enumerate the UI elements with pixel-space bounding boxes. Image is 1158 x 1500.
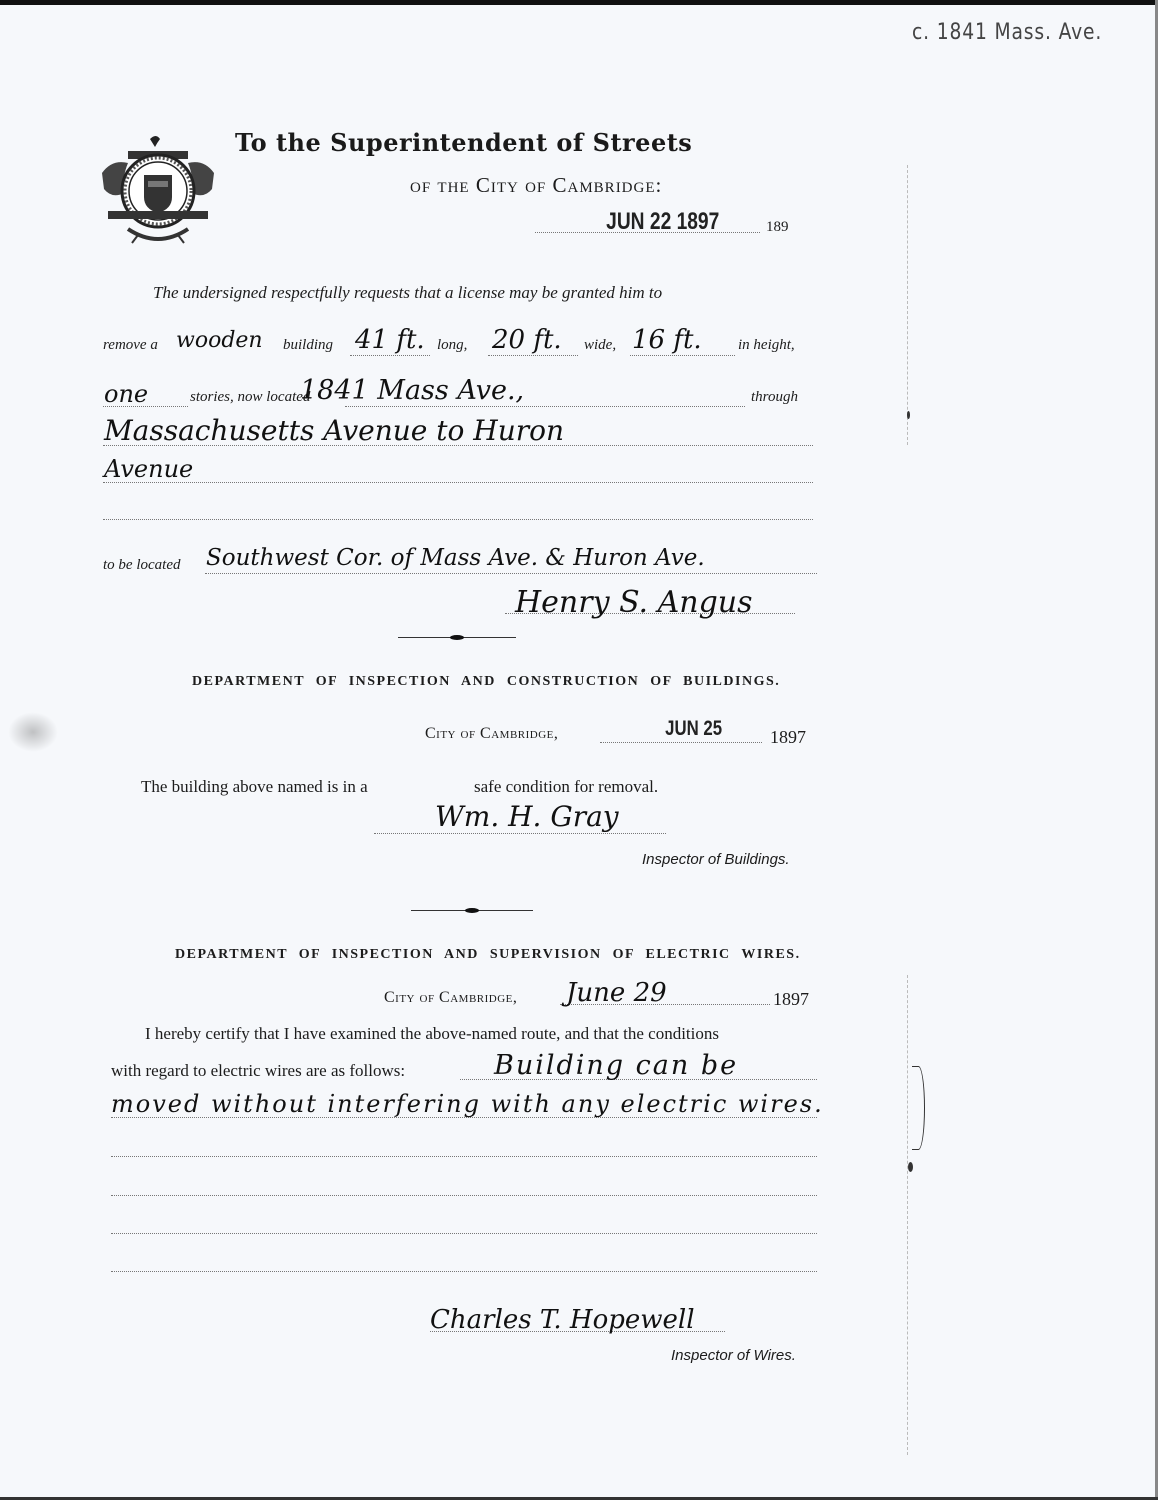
label-stories: stories, now located (190, 389, 310, 406)
ornamental-divider-1 (398, 637, 516, 638)
fold-mark-upper (907, 165, 908, 445)
year-prefix: 189 (766, 219, 789, 236)
wires-date: June 29 (566, 978, 667, 1008)
blank-line-4 (111, 1271, 817, 1272)
buildings-year: 1897 (770, 727, 806, 748)
stories-value: one (104, 380, 148, 408)
wires-inspector-signature: Charles T. Hopewell (430, 1305, 695, 1335)
new-location-value: Southwest Cor. of Mass Ave. & Huron Ave. (206, 545, 705, 571)
material-value: wooden (176, 328, 263, 353)
received-date-stamp: JUN 22 1897 (592, 208, 733, 236)
label-in-height: in height, (738, 337, 795, 354)
form-subtitle: of the City of Cambridge: (410, 173, 662, 198)
wires-city-label: City of Cambridge, (384, 989, 517, 1007)
wires-year: 1897 (773, 989, 809, 1010)
blank-line-3 (111, 1233, 817, 1234)
form-title: To the Superintendent of Streets (235, 128, 692, 157)
length-line (350, 355, 430, 356)
ornamental-divider-2 (411, 910, 533, 911)
label-building: building (283, 337, 333, 354)
label-long: long, (437, 337, 467, 354)
width-value: 20 ft. (492, 325, 562, 355)
buildings-inspector-signature-line (374, 833, 666, 834)
buildings-statement-left: The building above named is in a (141, 777, 368, 797)
blank-line-2 (111, 1195, 817, 1196)
scan-speck (908, 1162, 913, 1172)
wires-dept-heading: DEPARTMENT OF INSPECTION AND SUPERVISION… (175, 947, 801, 963)
margin-bracket-mark (912, 1066, 925, 1150)
length-value: 41 ft. (355, 325, 425, 355)
route-value-1: Massachusetts Avenue to Huron (104, 414, 564, 447)
route-line-2 (103, 482, 813, 483)
conditions-value-1: Building can be (494, 1050, 738, 1081)
buildings-date-stamp: JUN 25 (658, 716, 729, 741)
wires-inspector-title: Inspector of Wires. (671, 1347, 796, 1364)
new-location-line (205, 573, 817, 574)
buildings-city-label: City of Cambridge, (425, 725, 558, 743)
fold-mark-lower (907, 975, 908, 1455)
height-value: 16 ft. (632, 325, 702, 355)
scan-top-edge (0, 0, 1158, 5)
city-seal-icon (98, 133, 218, 248)
scan-smudge (8, 712, 58, 752)
buildings-dept-heading: DEPARTMENT OF INSPECTION AND CONSTRUCTIO… (192, 674, 780, 690)
label-remove: remove a (103, 337, 158, 354)
route-value-2: Avenue (104, 455, 193, 483)
height-line (630, 355, 735, 356)
label-through: through (751, 389, 798, 406)
wires-certify-text: I hereby certify that I have examined th… (145, 1024, 719, 1044)
buildings-date-line (600, 742, 762, 743)
blank-line-1 (111, 1156, 817, 1157)
label-wide: wide, (584, 337, 616, 354)
conditions-value-2: moved without interfering with any elect… (111, 1090, 824, 1118)
scan-speck (907, 411, 910, 419)
applicant-signature: Henry S. Angus (515, 585, 753, 620)
buildings-inspector-title: Inspector of Buildings. (642, 851, 790, 868)
request-intro: The undersigned respectfully requests th… (153, 283, 662, 303)
current-location-value: 1841 Mass Ave., (300, 375, 524, 406)
label-to-be-located: to be located (103, 557, 180, 574)
buildings-statement-right: safe condition for removal. (474, 777, 658, 797)
wires-follows-label: with regard to electric wires are as fol… (111, 1061, 405, 1081)
buildings-inspector-signature: Wm. H. Gray (435, 800, 619, 833)
width-line (488, 355, 578, 356)
route-line-3 (103, 519, 813, 520)
archive-pencil-note: c. 1841 Mass. Ave. (912, 20, 1102, 45)
current-location-line (345, 406, 745, 407)
